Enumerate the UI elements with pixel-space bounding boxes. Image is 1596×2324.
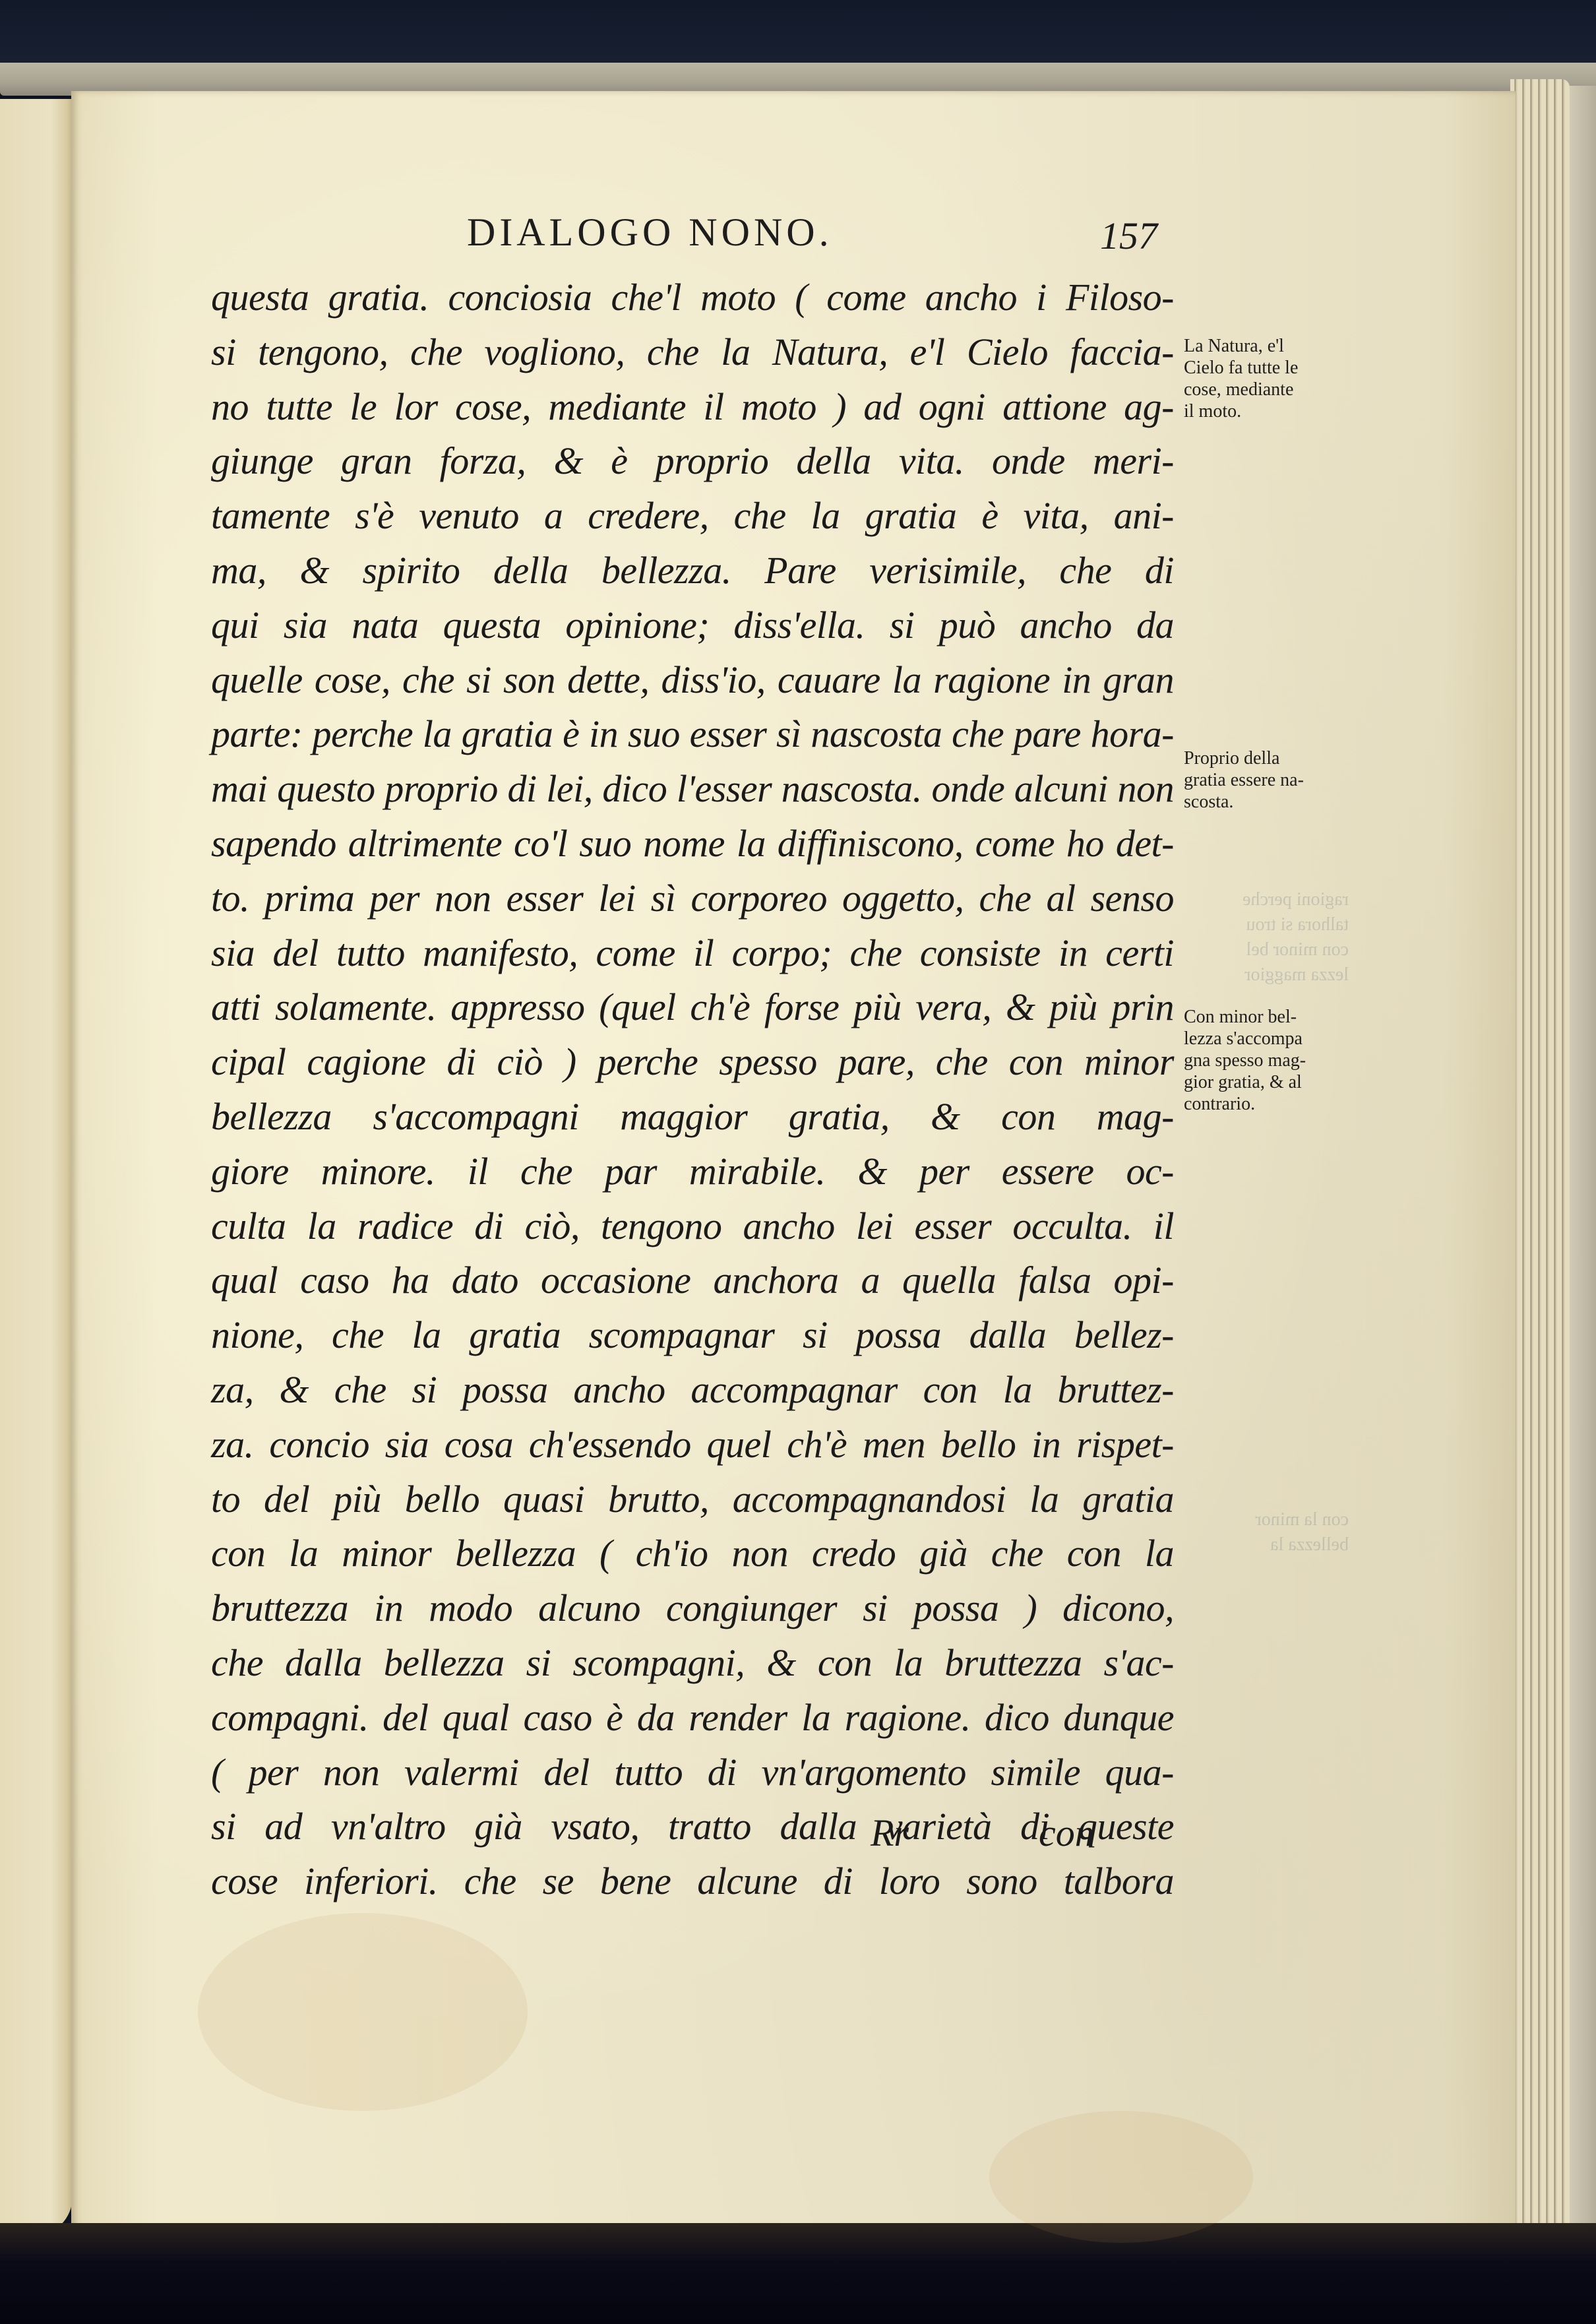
paper-stain [989, 2111, 1253, 2243]
text-line: to del più bello quasi brutto, accompagn… [211, 1472, 1174, 1527]
paper-stain [198, 1913, 528, 2111]
text-line: culta la radice di ciò, tengono ancho le… [211, 1199, 1174, 1254]
text-line: to. prima per non esser lei sì corporeo … [211, 871, 1174, 926]
text-line: compagni. del qual caso è da render la r… [211, 1691, 1174, 1745]
text-line: bruttezza in modo alcuno congiunger si p… [211, 1581, 1174, 1636]
text-line: giunge gran forza, & è proprio della vit… [211, 434, 1174, 489]
marginal-note-natura: La Natura, e'l Cielo fa tutte le cose, m… [1184, 335, 1345, 422]
page-header: DIALOGO NONO. 157 [467, 210, 1179, 263]
left-page-edge [0, 99, 73, 2236]
text-line: parte: perche la gratia è in suo esser s… [211, 707, 1174, 762]
page-edges-stack [1510, 79, 1570, 2236]
text-line: no tutte le lor cose, mediante il moto )… [211, 380, 1174, 435]
text-line: mai questo proprio di lei, dico l'esser … [211, 762, 1174, 817]
text-line: nione, che la gratia scompagnar si possa… [211, 1308, 1174, 1363]
text-line: atti solamente. appresso (quel ch'è fors… [211, 980, 1174, 1035]
text-line: sapendo altrimente co'l suo nome la diff… [211, 817, 1174, 871]
text-line: qui sia nata questa opinione; diss'ella.… [211, 598, 1174, 653]
text-line: tamente s'è venuto a credere, che la gra… [211, 489, 1174, 544]
signature-mark: Rr [871, 1811, 909, 1855]
text-line: con la minor bellezza ( ch'io non credo … [211, 1526, 1174, 1581]
text-line: sia del tutto manifesto, come il corpo; … [211, 926, 1174, 981]
show-through-note: ragioni perche talhora si trou con minor… [1197, 887, 1349, 988]
text-line: qual caso ha dato occasione anchora a qu… [211, 1253, 1174, 1308]
text-line: za. concio sia cosa ch'essendo quel ch'è… [211, 1418, 1174, 1472]
running-title: DIALOGO NONO. [467, 210, 833, 255]
show-through-note: con la minor bellezza la [1197, 1507, 1349, 1557]
page-footer: Rr con [871, 1811, 1174, 1864]
marginal-note-minor-bellezza: Con minor bel- lezza s'accompa gna spess… [1184, 1006, 1345, 1115]
text-line: cipal cagione di ciò ) perche spesso par… [211, 1035, 1174, 1090]
scan-background-bottom [0, 2223, 1596, 2324]
page-number: 157 [1100, 214, 1157, 258]
text-line: ( per non valermi del tutto di vn'argome… [211, 1745, 1174, 1800]
text-line: ma, & spirito della bellezza. Pare veris… [211, 544, 1174, 598]
text-line: giore minore. il che par mirabile. & per… [211, 1145, 1174, 1199]
text-line: za, & che si possa ancho accompagnar con… [211, 1363, 1174, 1418]
catchword: con [1039, 1811, 1094, 1855]
text-line: quelle cose, che si son dette, diss'io, … [211, 653, 1174, 708]
text-line: questa gratia. conciosia che'l moto ( co… [211, 270, 1174, 325]
text-line: si tengono, che vogliono, che la Natura,… [211, 325, 1174, 380]
text-line: che dalla bellezza si scompagni, & con l… [211, 1636, 1174, 1691]
text-line: bellezza s'accompagni maggior gratia, & … [211, 1090, 1174, 1145]
body-text: questa gratia. conciosia che'l moto ( co… [211, 270, 1174, 1909]
marginal-note-proprio: Proprio della gratia essere na- scosta. [1184, 747, 1345, 813]
